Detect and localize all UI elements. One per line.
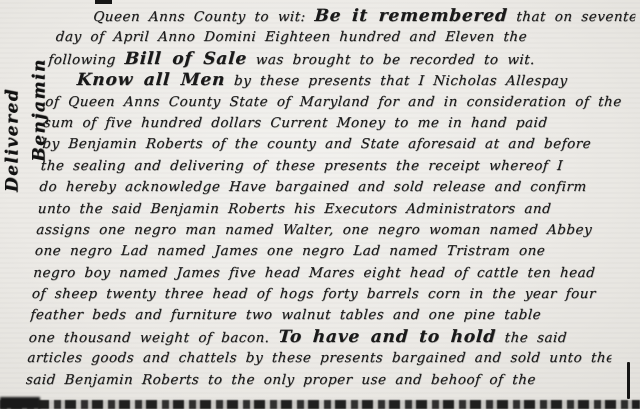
handwritten-line: do hereby acknowledge Have bargained and…	[39, 177, 624, 198]
handwritten-line: Queen Anns County to wit: Be it remember…	[51, 6, 636, 27]
line-text: Queen Anns County to wit:	[93, 9, 315, 25]
handwritten-line: by Benjamin Roberts of the county and St…	[42, 134, 627, 155]
handwritten-line: of sheep twenty three head of hogs forty…	[31, 284, 616, 305]
handwritten-line: the sealing and delivering of these pres…	[40, 156, 625, 177]
ink-stroke-right-margin	[627, 362, 630, 399]
phrase-know-all-men: Know all Men	[76, 70, 226, 90]
phrase-to-have-and-to-hold: To have and to hold	[278, 327, 497, 347]
scanned-document-page: Benjamin Delivered Queen Anns County to …	[0, 0, 640, 409]
handwritten-line: assigns one negro man named Walter, one …	[36, 220, 621, 241]
phrase-be-it-remembered: Be it remembered	[314, 6, 508, 26]
handwritten-line: sum of five hundred dollars Current Mone…	[43, 113, 628, 134]
line-text: was brought to be recorded to wit.	[246, 52, 535, 68]
scan-mark-top	[95, 0, 112, 4]
line-text: following	[48, 52, 126, 68]
handwritten-line: day of April Anno Domini Eighteen hundre…	[49, 27, 634, 48]
handwritten-line: following Bill of Sale was brought to be…	[48, 49, 633, 70]
handwritten-line: unto the said Benjamin Roberts his Execu…	[37, 199, 622, 220]
line-text: one thousand weight of bacon.	[28, 330, 279, 346]
line-text: that on seventeenth	[507, 9, 636, 25]
handwritten-line: said Benjamin Roberts to the only proper…	[25, 370, 610, 391]
scan-edge-bottom-left	[0, 397, 40, 409]
handwritten-line: feather beds and furniture two walnut ta…	[30, 305, 615, 326]
phrase-bill-of-sale: Bill of Sale	[124, 49, 248, 69]
handwritten-line: of Queen Anns County State of Maryland f…	[45, 92, 630, 113]
margin-note-delivered: Delivered	[3, 58, 23, 223]
handwritten-line: one thousand weight of bacon. To have an…	[28, 327, 613, 348]
handwritten-line: articles goods and chattels by these pre…	[27, 348, 612, 369]
handwritten-line: Know all Men by these presents that I Ni…	[46, 70, 631, 91]
handwritten-line: one negro Lad named James one negro Lad …	[34, 241, 619, 262]
line-text: by these presents that I Nicholas Allesp…	[225, 73, 568, 89]
scan-edge-bottom	[0, 400, 640, 409]
handwritten-text-block: Queen Anns County to wit: Be it remember…	[25, 6, 636, 391]
handwritten-line: negro boy named James five head Mares ei…	[33, 263, 618, 284]
line-text: the said	[495, 330, 567, 346]
